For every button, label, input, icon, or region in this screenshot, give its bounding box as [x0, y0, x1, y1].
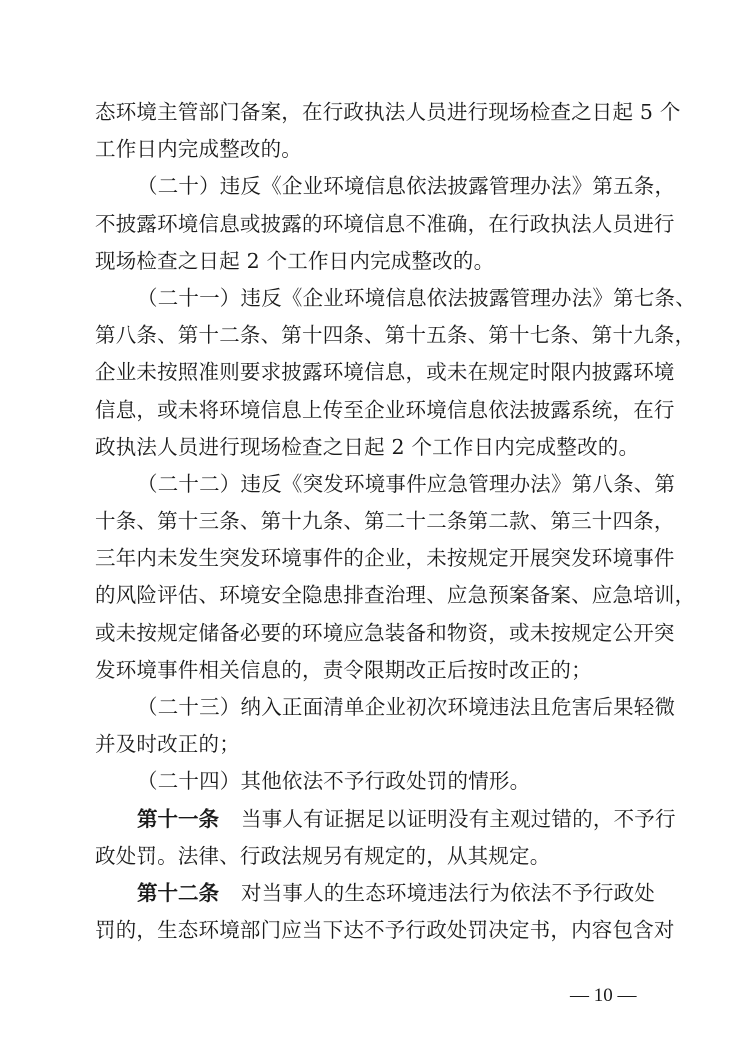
text-line: 态环境主管部门备案，在行政执法人员进行现场检查之日起 5 个 — [95, 94, 650, 131]
text-line: （二十二）违反《突发环境事件应急管理办法》第八条、第 — [95, 466, 650, 503]
text-line: 政处罚。法律、行政法规另有规定的，从其规定。 — [95, 838, 650, 875]
text-line: 信息，或未将环境信息上传至企业环境信息依法披露系统，在行 — [95, 392, 650, 429]
text-line: 现场检查之日起 2 个工作日内完成整改的。 — [95, 243, 650, 280]
text-line: 的风险评估、环境安全隐患排查治理、应急预案备案、应急培训， — [95, 577, 650, 614]
text-line: （二十四）其他依法不予行政处罚的情形。 — [95, 763, 650, 800]
document-body: 态环境主管部门备案，在行政执法人员进行现场检查之日起 5 个 工作日内完成整改的… — [95, 94, 650, 949]
article-heading: 第十二条 — [137, 881, 219, 905]
article-text: 对当事人的生态环境违法行为依法不予行政处 — [241, 881, 655, 905]
text-line: 发环境事件相关信息的，责令限期改正后按时改正的； — [95, 652, 650, 689]
text-line: 不披露环境信息或披露的环境信息不准确，在行政执法人员进行 — [95, 206, 650, 243]
page-number: — 10 — — [570, 985, 637, 1007]
text-line: 并及时改正的； — [95, 726, 650, 763]
article-heading: 第十一条 — [137, 807, 219, 831]
text-line: 工作日内完成整改的。 — [95, 131, 650, 168]
text-line: 或未按规定储备必要的环境应急装备和物资，或未按规定公开突 — [95, 615, 650, 652]
text-line: 罚的，生态环境部门应当下达不予行政处罚决定书，内容包含对 — [95, 912, 650, 949]
text-line: 三年内未发生突发环境事件的企业，未按规定开展突发环境事件 — [95, 540, 650, 577]
text-line: 第八条、第十二条、第十四条、第十五条、第十七条、第十九条， — [95, 317, 650, 354]
article-11-first-line: 第十一条当事人有证据足以证明没有主观过错的，不予行 — [95, 801, 650, 838]
text-line: 政执法人员进行现场检查之日起 2 个工作日内完成整改的。 — [95, 429, 650, 466]
text-line: 十条、第十三条、第十九条、第二十二条第二款、第三十四条， — [95, 503, 650, 540]
text-line: 企业未按照准则要求披露环境信息，或未在规定时限内披露环境 — [95, 354, 650, 391]
article-text: 当事人有证据足以证明没有主观过错的，不予行 — [241, 807, 676, 831]
text-line: （二十一）违反《企业环境信息依法披露管理办法》第七条、 — [95, 280, 650, 317]
article-12-first-line: 第十二条对当事人的生态环境违法行为依法不予行政处 — [95, 875, 650, 912]
text-line: （二十三）纳入正面清单企业初次环境违法且危害后果轻微 — [95, 689, 650, 726]
text-line: （二十）违反《企业环境信息依法披露管理办法》第五条， — [95, 168, 650, 205]
